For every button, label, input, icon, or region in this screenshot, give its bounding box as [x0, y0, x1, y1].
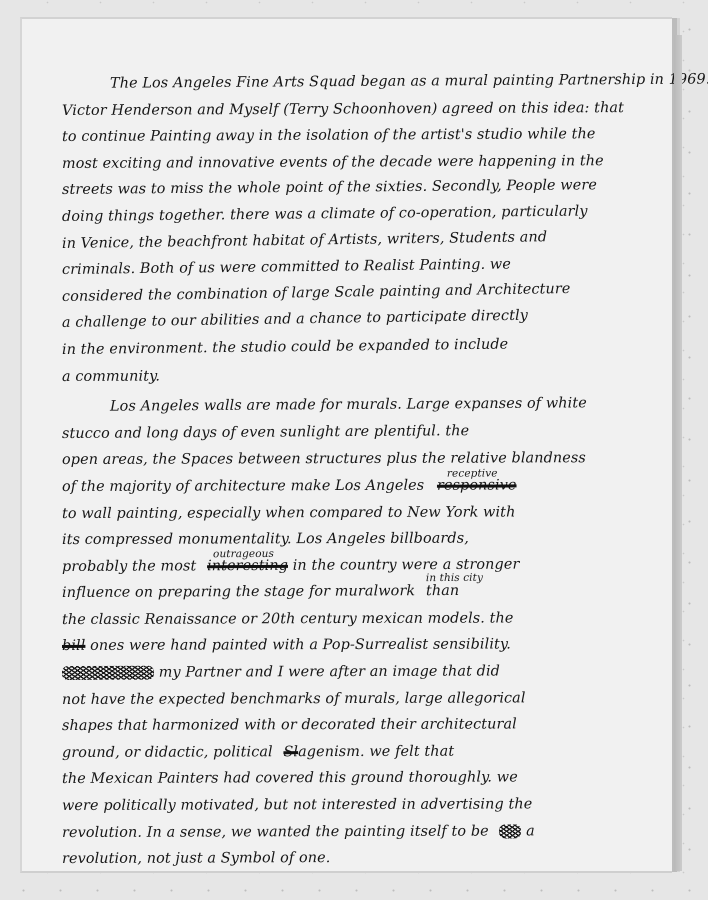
- struck-word: Sl: [283, 744, 298, 760]
- text-line: to continue Painting away in the isolati…: [62, 121, 662, 151]
- line-text: ones were hand painted with a Pop-Surrea…: [90, 637, 511, 654]
- text-line: the classic Renaissance or 20th century …: [62, 605, 662, 634]
- text-line-with-edit: ground, or didactic, political Slagenism…: [62, 738, 662, 767]
- text-line: shapes that harmonized with or decorated…: [62, 711, 662, 740]
- line-text-tail: agenism. we felt that: [298, 743, 454, 760]
- text-line-with-edit: of the majority of architecture make Los…: [62, 472, 662, 501]
- text-line-with-edit: Our approach my Partner and I were after…: [62, 658, 662, 687]
- text-line-with-edit: revolution. In a sense, we wanted the pa…: [62, 818, 662, 847]
- line-text-tail: in the country were a stronger: [293, 556, 520, 573]
- inserted-word: outrageous: [213, 549, 274, 559]
- text-line: the Mexican Painters had covered this gr…: [62, 764, 662, 793]
- text-line: to wall painting, especially when compar…: [62, 498, 662, 527]
- struck-word: responsive: [437, 477, 517, 493]
- line-text: probably the most: [62, 558, 196, 575]
- line-text: influence on preparing the stage for mur…: [62, 583, 415, 601]
- edit-replacement: outrageous interesting: [207, 553, 288, 580]
- struck-word: bill: [62, 638, 85, 654]
- scribbled-out-text: Our approach: [62, 666, 154, 680]
- text-line: Los Angeles walls are made for murals. L…: [62, 390, 662, 421]
- text-line-with-edit: influence on preparing the stage for mur…: [62, 577, 662, 607]
- edit-replacement: receptive responsive: [437, 472, 517, 499]
- text-line-with-edit: bill ones were hand painted with a Pop-S…: [62, 631, 662, 660]
- text-line: were politically motivated, but not inte…: [62, 791, 662, 820]
- inserted-phrase: in this city: [426, 573, 483, 583]
- line-text: ground, or didactic, political: [62, 744, 273, 761]
- edit-insertion: in this city than: [426, 578, 459, 605]
- scribbled-out-text: one: [499, 824, 521, 838]
- handwritten-text: The Los Angeles Fine Arts Squad began as…: [62, 71, 662, 873]
- manuscript-page: The Los Angeles Fine Arts Squad began as…: [20, 17, 672, 873]
- text-line: revolution, not just a Symbol of one.: [62, 844, 662, 873]
- inserted-word: receptive: [447, 468, 498, 478]
- text-line: not have the expected benchmarks of mura…: [62, 685, 662, 714]
- line-text-tail: than: [426, 583, 459, 599]
- line-text: revolution. In a sense, we wanted the pa…: [62, 823, 489, 840]
- text-line: open areas, the Spaces between structure…: [62, 445, 662, 474]
- text-line: stucco and long days of even sunlight ar…: [62, 417, 662, 448]
- line-text-tail: a: [526, 823, 535, 839]
- text-line: its compressed monumentality. Los Angele…: [62, 525, 662, 554]
- text-line-with-edit: probably the most outrageous interesting…: [62, 551, 662, 581]
- text-line: Victor Henderson and Myself (Terry Schoo…: [62, 94, 662, 124]
- line-text: my Partner and I were after an image tha…: [159, 664, 500, 681]
- text-line: The Los Angeles Fine Arts Squad began as…: [62, 67, 662, 98]
- text-line: a community.: [62, 360, 662, 390]
- line-text: of the majority of architecture make Los…: [62, 478, 424, 495]
